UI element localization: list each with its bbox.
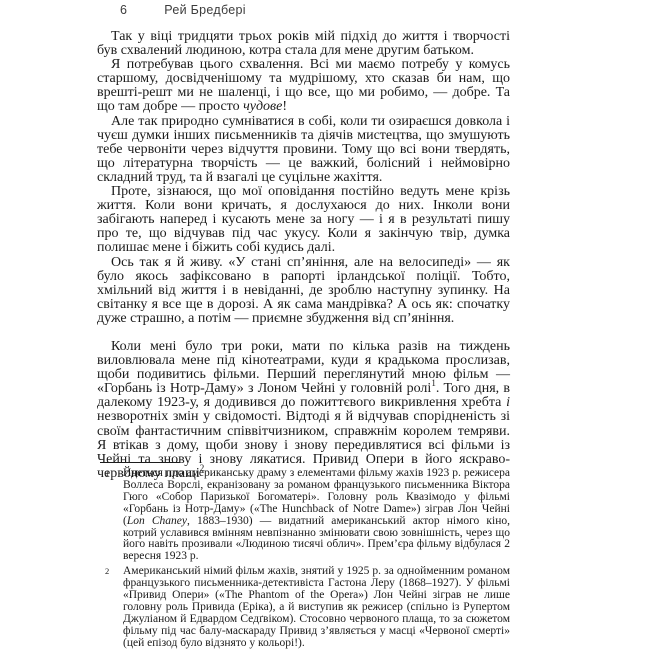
text-segment: Ось так я й живу. «У стані сп’яніння, ал… [97, 255, 510, 326]
footnote-list: 1Йдеться про американську драму з елемен… [97, 468, 510, 650]
footnote-ref: 1 [431, 378, 436, 388]
body-text: Так у віці тридцяти трьох років мій підх… [97, 30, 510, 481]
footnote-item: 2Американський німий фільм жахів, знятий… [97, 566, 510, 649]
running-head: 6Рей Бредбері [97, 3, 510, 17]
paragraph: Так у віці тридцяти трьох років мій підх… [97, 30, 510, 58]
emphasized-text: Lon Chaney [127, 515, 187, 527]
running-title: Рей Бредбері [164, 3, 246, 17]
emphasized-text: чудове [243, 99, 282, 114]
emphasized-text: і [506, 395, 510, 410]
text-segment: Я потребував цього схвалення. Всі ми має… [97, 57, 510, 114]
text-segment: ! [282, 99, 287, 114]
paragraph: Але так природно сумніватися в собі, кол… [97, 115, 510, 185]
footnote-text: Йдеться про американську драму з елемент… [123, 468, 510, 563]
paragraph: Ось так я й живу. «У стані сп’яніння, ал… [97, 256, 510, 326]
page-number: 6 [120, 3, 127, 17]
footnote-separator [100, 462, 180, 463]
text-segment: Американський німий фільм жахів, знятий … [123, 565, 510, 648]
footnote-text: Американський німий фільм жахів, знятий … [123, 566, 510, 649]
paragraph: Проте, зізнаюся, що мої оповідання пості… [97, 185, 510, 255]
book-page: 6Рей Бредбері Так у віці тридцяти трьох … [0, 0, 650, 650]
footnote-marker: 2 [97, 566, 123, 577]
footnotes-section: 1Йдеться про американську драму з елемен… [97, 462, 510, 650]
paragraph: Я потребував цього схвалення. Всі ми має… [97, 58, 510, 114]
footnote-marker: 1 [97, 468, 123, 479]
text-segment: Так у віці тридцяти трьох років мій підх… [97, 29, 510, 58]
footnote-item: 1Йдеться про американську драму з елемен… [97, 468, 510, 563]
paragraph: Коли мені було три роки, мати по кілька … [97, 340, 510, 481]
text-segment: Але так природно сумніватися в собі, кол… [97, 114, 510, 185]
text-segment: Проте, зізнаюся, що мої оповідання пості… [97, 184, 510, 255]
